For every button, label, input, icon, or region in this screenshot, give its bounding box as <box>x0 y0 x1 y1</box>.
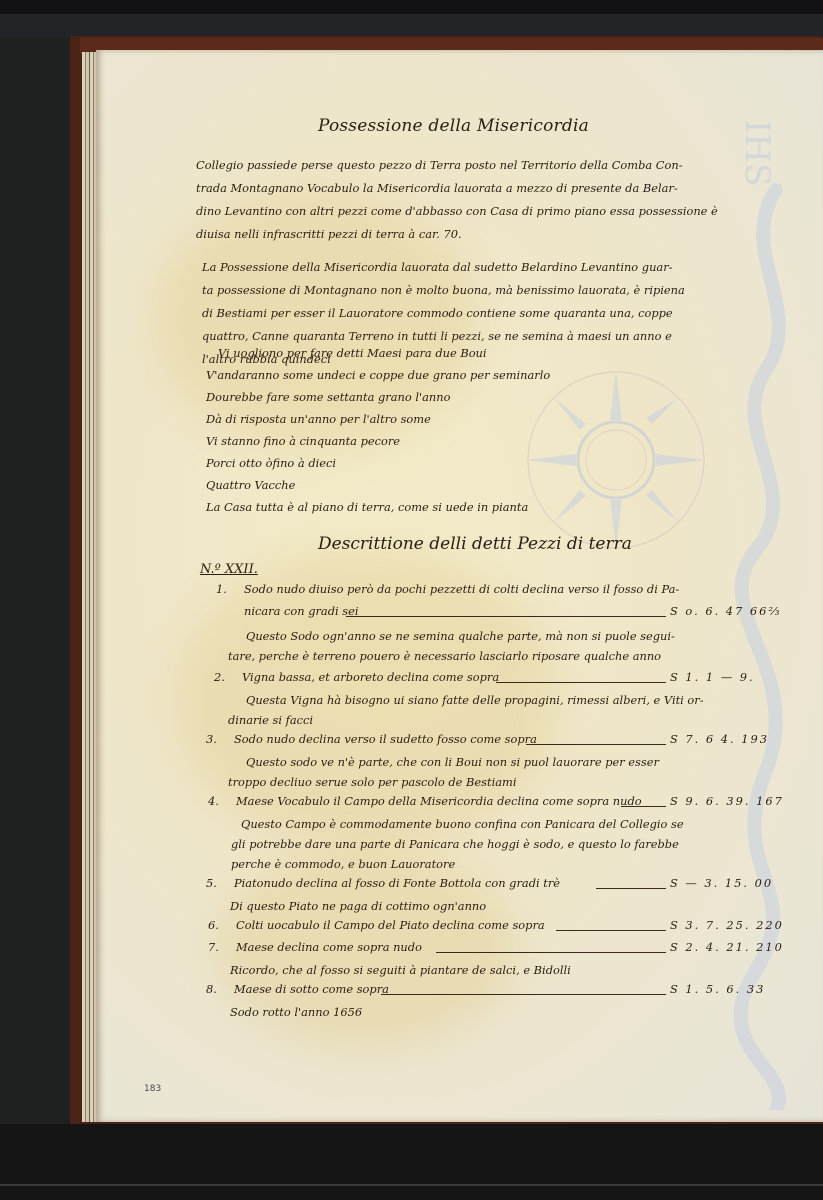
entry-number: 3. <box>206 732 226 746</box>
rule-line <box>436 952 666 953</box>
entry-line: Vigna bassa, et arboreto declina come so… <box>242 670 499 684</box>
entry-note: Di questo Piato ne paga di cottimo ogn'a… <box>230 896 486 916</box>
entry-line: Maese Vocabulo il Campo della Misericord… <box>236 794 642 808</box>
intro-paragraph: Collegio passiede perse questo pezzo di … <box>196 154 718 246</box>
note-line: Questo Campo è commodamente buono confin… <box>241 814 684 834</box>
entry-note: Ricordo, che al fosso si seguiti à piant… <box>230 960 571 980</box>
stats-line: Vi uogliono per fare detti Maesi para du… <box>206 342 550 364</box>
note-line: Questo sodo ve n'è parte, che con li Bou… <box>246 752 659 772</box>
entry-line: nicara con gradi sei <box>244 604 359 618</box>
note-line: Questo Sodo ogn'anno se ne semina qualch… <box>246 626 675 646</box>
svg-text:IHS: IHS <box>737 120 777 186</box>
background-bottom-edge <box>0 1184 823 1186</box>
entry-number: 1. <box>216 582 236 596</box>
note-line: Ricordo, che al fosso si seguiti à piant… <box>230 960 571 980</box>
entry-note: Questo Sodo ogn'anno se ne semina qualch… <box>246 626 675 666</box>
entry-number: 2. <box>214 670 234 684</box>
rule-line <box>381 994 666 995</box>
stats-line: Quattro Vacche <box>206 474 550 496</box>
note-line: troppo decliuo serue solo per pascolo de… <box>228 772 659 792</box>
entry-measure: S 7. 6 4. 193 <box>670 732 769 746</box>
background-top <box>0 0 823 14</box>
entry-measure: S 9. 6. 39. 167 <box>670 794 784 808</box>
description-line: di Bestiami per esser il Lauoratore comm… <box>202 302 685 325</box>
entry-note: Questo sodo ve n'è parte, che con li Bou… <box>246 752 659 792</box>
rule-line <box>556 930 666 931</box>
intro-line: Collegio passiede perse questo pezzo di … <box>196 154 718 177</box>
ornament-watermark-icon: IHS <box>716 70 823 1110</box>
section-title: Descrittione delli detti Pezzi di terra <box>318 534 632 554</box>
note-line: gli potrebbe dare una parte di Panicara … <box>231 834 684 854</box>
entry-note: Sodo rotto l'anno 1656 <box>230 1002 362 1022</box>
rule-line <box>496 682 666 683</box>
background-top-band <box>0 14 823 38</box>
entry-number: 7. <box>208 940 228 954</box>
entry-line: Maese di sotto come sopra <box>234 982 389 996</box>
entry-note: Questo Campo è commodamente buono confin… <box>241 814 684 874</box>
entry-number: 8. <box>206 982 226 996</box>
stats-line: Dourebbe fare some settanta grano l'anno <box>206 386 550 408</box>
entry-number: 4. <box>208 794 228 808</box>
note-line: tare, perche è terreno pouero è necessar… <box>228 646 675 666</box>
section-number: N.º XXII. <box>200 562 258 577</box>
rule-line <box>621 806 666 807</box>
stats-line: V'andaranno some undeci e coppe due gran… <box>206 364 550 386</box>
intro-line: diuisa nelli infrascritti pezzi di terra… <box>196 223 718 246</box>
note-line: Questa Vigna hà bisogno ui siano fatte d… <box>246 690 704 710</box>
note-line: Sodo rotto l'anno 1656 <box>230 1002 362 1022</box>
entry-line: Piatonudo declina al fosso di Fonte Bott… <box>234 876 560 890</box>
entry-number: 5. <box>206 876 226 890</box>
entry-line: Sodo nudo diuiso però da pochi pezzetti … <box>244 582 679 596</box>
rule-line <box>526 744 666 745</box>
note-line: Di questo Piato ne paga di cottimo ogn'a… <box>230 896 486 916</box>
stats-line: Vi stanno fino à cinquanta pecore <box>206 430 550 452</box>
stats-line: Porci otto òfino à dieci <box>206 452 550 474</box>
background-left <box>0 38 72 1138</box>
note-line: perche è commodo, e buon Lauoratore <box>231 854 684 874</box>
intro-line: dino Levantino con altri pezzi come d'ab… <box>196 200 718 223</box>
background-bottom <box>0 1124 823 1200</box>
entry-measure: S 3. 7. 25. 220 <box>670 918 784 932</box>
description-line: ta possessione di Montagnano non è molto… <box>202 279 685 302</box>
intro-line: trada Montagnano Vocabulo la Misericordi… <box>196 177 718 200</box>
stats-line: La Casa tutta è al piano di terra, come … <box>206 496 550 518</box>
entry-measure: S 1. 5. 6. 33 <box>670 982 765 996</box>
entry-number: 6. <box>208 918 228 932</box>
entry-measure: S o. 6. 47 66⅔ <box>670 604 781 618</box>
rule-line <box>596 888 666 889</box>
description-line: La Possessione della Misericordia lauora… <box>202 256 685 279</box>
note-line: dinarie si facci <box>228 710 704 730</box>
entry-measure: S — 3. 15. 00 <box>670 876 773 890</box>
entry-line: Maese declina come sopra nudo <box>236 940 422 954</box>
entry-measure: S 1. 1 — 9. <box>670 670 755 684</box>
rule-line <box>346 616 666 617</box>
entry-note: Questa Vigna hà bisogno ui siano fatte d… <box>246 690 704 730</box>
entry-line: Colti uocabulo il Campo del Piato declin… <box>236 918 545 932</box>
folio-number: 183 <box>144 1084 161 1094</box>
stats-line: Dà di risposta un'anno per l'altro some <box>206 408 550 430</box>
entry-measure: S 2. 4. 21. 210 <box>670 940 784 954</box>
entry-line: Sodo nudo declina verso il sudetto fosso… <box>234 732 537 746</box>
document-title: Possessione della Misericordia <box>318 116 589 136</box>
manuscript-page: IHS Possessione della Misericordia Colle… <box>96 50 823 1122</box>
stats-list: Vi uogliono per fare detti Maesi para du… <box>206 342 550 518</box>
